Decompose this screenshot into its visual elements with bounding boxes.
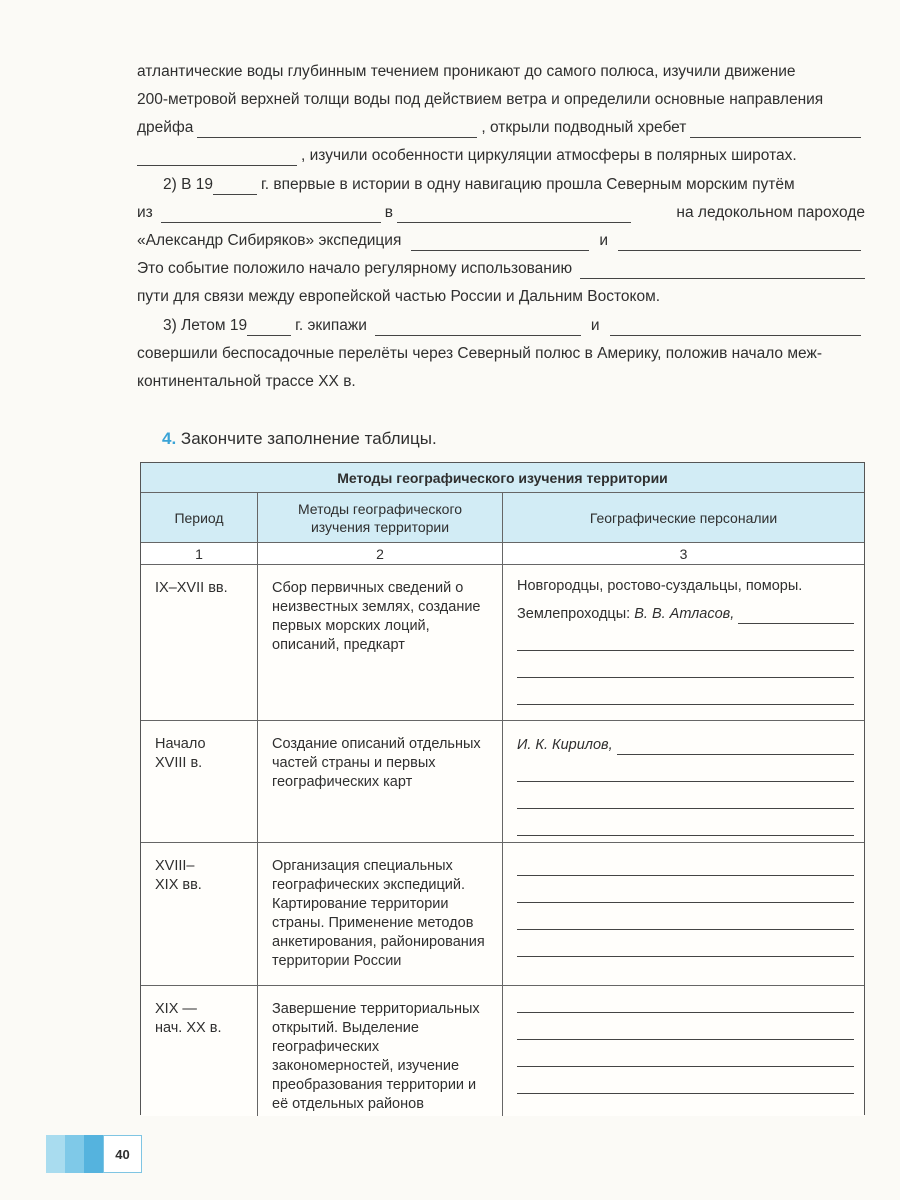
answer-blank[interactable] [397, 208, 631, 223]
answer-blank[interactable] [580, 264, 865, 279]
answer-blank[interactable] [137, 151, 297, 166]
text: 2) В 19 [163, 175, 213, 195]
column-header-text: Период [174, 509, 223, 527]
text: «Александр Сибиряков» экспедиция [137, 231, 401, 251]
answer-blank[interactable] [618, 236, 861, 251]
column-number-row: 1 2 3 [141, 543, 864, 565]
text: дрейфа [137, 118, 193, 138]
text-line: континентальной трассе XX в. [137, 372, 865, 392]
text-line: пути для связи между европейской частью … [137, 287, 865, 307]
persona-text: Новгородцы, ростово-суздальцы, поморы. [517, 577, 854, 596]
answer-line[interactable] [517, 782, 854, 809]
text: совершили беспосадочные перелёты через С… [137, 344, 822, 364]
persona-cell [503, 843, 864, 985]
text: пути для связи между европейской частью … [137, 287, 660, 307]
method-cell: Организация специальных географических э… [258, 843, 503, 985]
column-number: 1 [141, 543, 258, 564]
text: 200-метровой верхней толщи воды под дейс… [137, 90, 823, 110]
text-line: 200-метровой верхней толщи воды под дейс… [137, 90, 865, 110]
persona-line: Землепроходцы: В. В. Атласов, [517, 602, 854, 624]
text: континентальной трассе XX в. [137, 372, 356, 392]
period-cell: XIX — нач. XX в. [141, 986, 258, 1116]
text-line: Это событие положило начало регулярному … [137, 259, 865, 279]
table-row: IX–XVII вв. Сбор первичных сведений о не… [141, 565, 864, 721]
period-cell: XVIII– XIX вв. [141, 843, 258, 985]
answer-line[interactable] [517, 651, 854, 678]
answer-blank[interactable] [617, 740, 854, 755]
answer-line[interactable] [517, 849, 854, 876]
text: , изучили особенности циркуляции атмосфе… [301, 146, 797, 166]
persona-cell: И. К. Кирилов, [503, 721, 864, 842]
text-line: дрейфа , открыли подводный хребет [137, 118, 865, 138]
answer-line[interactable] [517, 1040, 854, 1067]
answer-line[interactable] [517, 930, 854, 957]
column-header: Период [141, 493, 258, 542]
text-line: 2) В 19 г. впервые в истории в одну нави… [137, 175, 865, 195]
method-cell: Создание описаний отдельных частей стран… [258, 721, 503, 842]
table-title: Методы географического изучения территор… [337, 470, 668, 486]
methods-table: Методы географического изучения территор… [140, 462, 865, 1115]
text: Это событие положило начало регулярному … [137, 259, 572, 279]
answer-line[interactable] [517, 755, 854, 782]
column-header: Методы географического изучения территор… [258, 493, 503, 542]
task-title: Закончите заполнение таблицы. [181, 429, 437, 448]
persona-cell: Новгородцы, ростово-суздальцы, поморы. З… [503, 565, 864, 720]
answer-line[interactable] [517, 809, 854, 836]
page-number: 40 [103, 1135, 142, 1173]
period-cell: Начало XVIII в. [141, 721, 258, 842]
text-line: «Александр Сибиряков» экспедиция и [137, 231, 865, 251]
answer-line[interactable] [517, 1067, 854, 1094]
persona-example: И. К. Кирилов, [517, 736, 613, 755]
answer-blank[interactable] [375, 321, 581, 336]
answer-line[interactable] [517, 678, 854, 705]
text: , открыли подводный хребет [481, 118, 686, 138]
color-stripe [46, 1135, 65, 1173]
text-line: , изучили особенности циркуляции атмосфе… [137, 146, 865, 166]
answer-blank[interactable] [213, 180, 257, 195]
column-number: 3 [503, 543, 864, 564]
text: г. впервые в истории в одну навигацию пр… [261, 175, 865, 195]
answer-blank[interactable] [738, 609, 854, 624]
answer-blank[interactable] [411, 236, 589, 251]
table-row: XVIII– XIX вв. Организация специальных г… [141, 843, 864, 986]
column-header-text: Географические персоналии [590, 509, 777, 527]
answer-line[interactable] [517, 1013, 854, 1040]
column-header: Географические персоналии [503, 493, 864, 542]
task-heading: 4. Закончите заполнение таблицы. [162, 428, 437, 450]
color-stripe [84, 1135, 103, 1173]
period-cell: IX–XVII вв. [141, 565, 258, 720]
task-number: 4. [162, 429, 176, 448]
answer-line[interactable] [517, 903, 854, 930]
text: г. экипажи [295, 316, 367, 336]
answer-blank[interactable] [247, 321, 291, 336]
text: атлантические воды глубинным течением пр… [137, 62, 796, 82]
text-line: совершили беспосадочные перелёты через С… [137, 344, 865, 364]
text: в [385, 203, 393, 223]
answer-line[interactable] [517, 986, 854, 1013]
answer-blank[interactable] [610, 321, 861, 336]
table-header-row: Период Методы географического изучения т… [141, 493, 864, 543]
text-line: из в на ледокольном пароходе [137, 203, 865, 223]
persona-line: И. К. Кирилов, [517, 733, 854, 755]
table-row: XIX — нач. XX в. Завершение территориаль… [141, 986, 864, 1116]
persona-example: В. В. Атласов, [634, 605, 734, 624]
answer-line[interactable] [517, 876, 854, 903]
answer-blank[interactable] [161, 208, 381, 223]
text: 3) Летом 19 [163, 316, 247, 336]
column-number: 2 [258, 543, 503, 564]
text: из [137, 203, 153, 223]
color-stripe [65, 1135, 84, 1173]
text: и [599, 231, 608, 251]
answer-blank[interactable] [197, 123, 477, 138]
column-header-text: Методы географического изучения территор… [258, 500, 502, 536]
text-line: 3) Летом 19 г. экипажи и [137, 316, 865, 336]
table-title-row: Методы географического изучения территор… [141, 463, 864, 493]
answer-blank[interactable] [690, 123, 861, 138]
persona-cell [503, 986, 864, 1116]
method-cell: Завершение территориальных открытий. Выд… [258, 986, 503, 1116]
answer-line[interactable] [517, 624, 854, 651]
page-number-tab: 40 [46, 1135, 142, 1173]
table-row: Начало XVIII в. Создание описаний отдель… [141, 721, 864, 843]
persona-label: Землепроходцы: [517, 605, 630, 624]
text: на ледокольном пароходе [635, 203, 865, 223]
text: и [591, 316, 600, 336]
text-line: атлантические воды глубинным течением пр… [137, 62, 865, 82]
method-cell: Сбор первичных сведений о неизвестных зе… [258, 565, 503, 720]
